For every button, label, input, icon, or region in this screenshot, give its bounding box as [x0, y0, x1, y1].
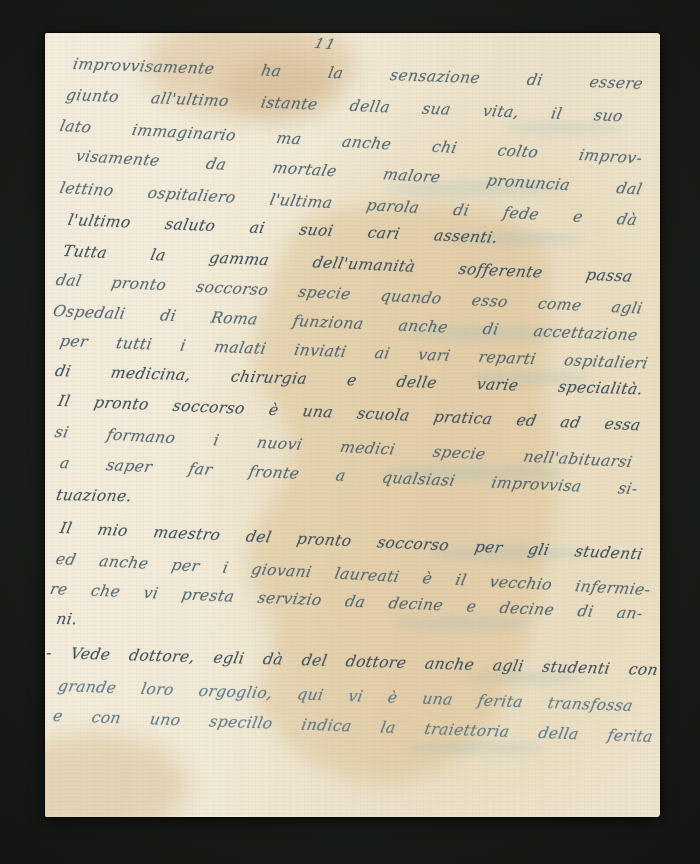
handwriting-line: improvvisamente ha la sensazione di esse… [72, 55, 645, 93]
letter-paper: 11 improvvisamente ha la sensazione di e… [45, 33, 660, 817]
handwriting-line: e con uno specillo indica la traiettoria… [52, 707, 655, 746]
handwriting-line: tuazione. [55, 486, 134, 505]
handwriting-line: giunto all'ultimo istante della sua vita… [64, 86, 624, 125]
handwriting-line: ni. [55, 610, 79, 628]
letter-body: 11 improvvisamente ha la sensazione di e… [45, 33, 660, 817]
photo-background: 11 improvvisamente ha la sensazione di e… [0, 0, 700, 864]
page-number: 11 [312, 36, 338, 53]
handwriting-line: - Vede dottore, egli dà del dottore anch… [45, 644, 660, 679]
